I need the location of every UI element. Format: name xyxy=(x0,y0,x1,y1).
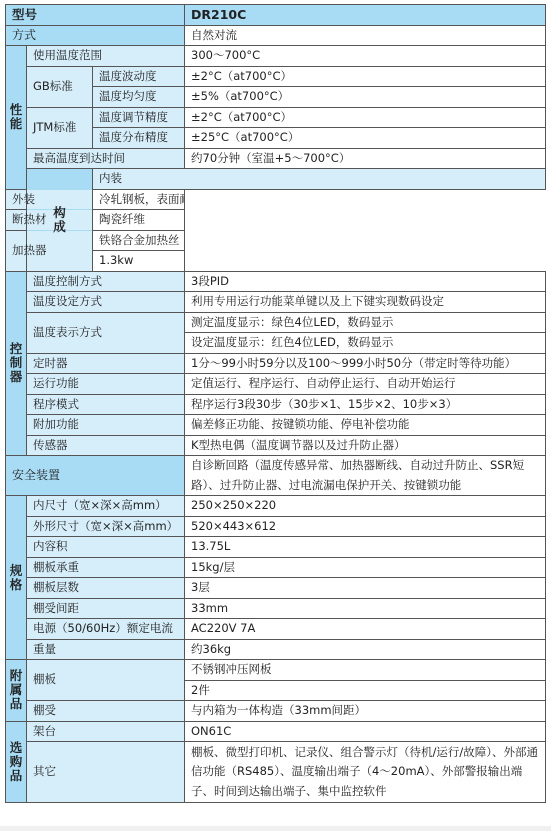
row-label: 棚板层数 xyxy=(27,578,185,599)
method-label: 方式 xyxy=(6,25,185,46)
safety-value: 自诊断回路（温度传感异常、加热器断线、自动过升防止、SSR短路）、过升防止器、过… xyxy=(185,456,546,496)
row-value: 程序运行3段30步（30步×1、15步×2、10步×3） xyxy=(185,394,546,415)
table-row: 传感器 K型热电偶（温度调节器以及过升防止器） xyxy=(6,435,546,456)
table-row: 棚受间距 33mm xyxy=(6,598,546,619)
spec-table: 型号 DR210C 方式 自然对流 性能 使用温度范围 300～700°C GB… xyxy=(5,4,546,803)
row-label: 其它 xyxy=(27,742,185,803)
row-value: ±2°C（at700°C） xyxy=(185,66,546,87)
table-row: JTM标准 温度调节精度 ±2°C（at700°C） xyxy=(6,107,546,128)
row-label: 内容积 xyxy=(27,537,185,558)
row-value: ON61C xyxy=(185,721,546,742)
method-value: 自然对流 xyxy=(185,25,546,46)
row-value: 15kg/层 xyxy=(185,557,546,578)
row-value: 测定温度显示：绿色4位LED，数码显示 xyxy=(185,312,546,333)
row-value: 2件 xyxy=(185,680,546,701)
row-value: 3段PID xyxy=(185,271,546,292)
table-row: 最高温度到达时间 约70分钟（室温+5～700°C） xyxy=(6,148,546,169)
row-label: 外装 xyxy=(6,189,93,210)
row-label: 程序模式 xyxy=(27,394,185,415)
table-row: 其它 棚板、微型打印机、记录仪、组合警示灯（待机/运行/故障）、外部通信功能（R… xyxy=(6,742,546,803)
row-label: 棚受 xyxy=(27,701,185,722)
table-row: 附属品 棚板 不锈钢冲压网板 xyxy=(6,660,546,681)
table-row-model: 型号 DR210C xyxy=(6,5,546,26)
row-label: 重量 xyxy=(27,639,185,660)
group-options: 选购品 xyxy=(6,721,27,803)
row-label: 断热材 xyxy=(6,210,93,231)
row-value: 约70分钟（室温+5～700°C） xyxy=(185,148,546,169)
row-label: 定时器 xyxy=(27,353,185,374)
table-row: 规格 内尺寸（宽×深×高mm） 250×250×220 xyxy=(6,496,546,517)
row-label: 温度调节精度 xyxy=(93,107,185,128)
row-value: 520×443×612 xyxy=(185,516,546,537)
row-value: 铁铬合金加热丝 xyxy=(93,230,185,251)
model-label: 型号 xyxy=(6,5,185,26)
table-row: 温度设定方式 利用专用运行功能菜单键以及上下键实现数码设定 xyxy=(6,292,546,313)
table-row: 附加功能 偏差修正功能、按键锁功能、停电补偿功能 xyxy=(6,415,546,436)
row-label: 使用温度范围 xyxy=(27,46,185,67)
table-row: 外装 冷轧钢板，表面耐药品性涂装 xyxy=(6,189,546,210)
row-value: ±2°C（at700°C） xyxy=(185,107,546,128)
group-accessories: 附属品 xyxy=(6,660,27,722)
subgroup-gb: GB标准 xyxy=(27,66,93,107)
row-value: 不锈钢冲压网板 xyxy=(185,660,546,681)
table-row-safety: 安全装置 自诊断回路（温度传感异常、加热器断线、自动过升防止、SSR短路）、过升… xyxy=(6,456,546,496)
row-value: 棚板、微型打印机、记录仪、组合警示灯（待机/运行/故障）、外部通信功能（RS48… xyxy=(185,742,546,803)
table-row: 定时器 1分～99小时59分以及100～999小时50分（带定时等待功能） xyxy=(6,353,546,374)
row-value: K型热电偶（温度调节器以及过升防止器） xyxy=(185,435,546,456)
row-value: 3层 xyxy=(185,578,546,599)
row-value: 设定温度显示：红色4位LED，数码显示 xyxy=(185,333,546,354)
group-performance: 性能 xyxy=(6,46,27,190)
row-label: 温度分布精度 xyxy=(93,128,185,149)
group-specs: 规格 xyxy=(6,496,27,660)
table-row: 控制器 温度控制方式 3段PID xyxy=(6,271,546,292)
table-row: 加热器 铁铬合金加热丝 xyxy=(6,230,546,251)
subgroup-jtm: JTM标准 xyxy=(27,107,93,148)
table-row: 外形尺寸（宽×深×高mm） 520×443×612 xyxy=(6,516,546,537)
row-label: 温度设定方式 xyxy=(27,292,185,313)
table-row: 温度表示方式 测定温度显示：绿色4位LED，数码显示 xyxy=(6,312,546,333)
model-value: DR210C xyxy=(185,5,546,26)
row-label: 运行功能 xyxy=(27,374,185,395)
table-row: 构成 内装 不锈钢板 xyxy=(6,169,546,190)
row-value: 冷轧钢板，表面耐药品性涂装 xyxy=(93,189,185,210)
table-row: 电源（50/60Hz）额定电流 AC220V 7A xyxy=(6,619,546,640)
row-label: 加热器 xyxy=(6,230,93,271)
row-label: 外形尺寸（宽×深×高mm） xyxy=(27,516,185,537)
row-value: 1.3kw xyxy=(93,251,185,272)
row-value: AC220V 7A xyxy=(185,619,546,640)
row-label: 温度表示方式 xyxy=(27,312,185,353)
row-value: 定值运行、程序运行、自动停止运行、自动开始运行 xyxy=(185,374,546,395)
row-value: 13.75L xyxy=(185,537,546,558)
table-row: 棚受 与内箱为一体构造（33mm间距） xyxy=(6,701,546,722)
row-label: 最高温度到达时间 xyxy=(27,148,185,169)
row-label: 棚板 xyxy=(27,660,185,701)
row-label: 内装 xyxy=(93,169,546,190)
row-label: 温度控制方式 xyxy=(27,271,185,292)
row-label: 架台 xyxy=(27,721,185,742)
row-label: 电源（50/60Hz）额定电流 xyxy=(27,619,185,640)
row-value: ±5%（at700°C） xyxy=(185,87,546,108)
row-label: 内尺寸（宽×深×高mm） xyxy=(27,496,185,517)
row-value: 300～700°C xyxy=(185,46,546,67)
row-value: 偏差修正功能、按键锁功能、停电补偿功能 xyxy=(185,415,546,436)
row-value: 250×250×220 xyxy=(185,496,546,517)
row-value: 与内箱为一体构造（33mm间距） xyxy=(185,701,546,722)
table-row: GB标准 温度波动度 ±2°C（at700°C） xyxy=(6,66,546,87)
group-controller: 控制器 xyxy=(6,271,27,456)
table-row: 程序模式 程序运行3段30步（30步×1、15步×2、10步×3） xyxy=(6,394,546,415)
row-label: 温度均匀度 xyxy=(93,87,185,108)
row-label: 棚板承重 xyxy=(27,557,185,578)
row-label: 附加功能 xyxy=(27,415,185,436)
table-row: 运行功能 定值运行、程序运行、自动停止运行、自动开始运行 xyxy=(6,374,546,395)
row-value: 利用专用运行功能菜单键以及上下键实现数码设定 xyxy=(185,292,546,313)
row-label: 传感器 xyxy=(27,435,185,456)
table-row: 选购品 架台 ON61C xyxy=(6,721,546,742)
table-row: 断热材 陶瓷纤维 xyxy=(6,210,546,231)
row-value: 33mm xyxy=(185,598,546,619)
table-row: 性能 使用温度范围 300～700°C xyxy=(6,46,546,67)
row-value: 约36kg xyxy=(185,639,546,660)
table-row: 内容积 13.75L xyxy=(6,537,546,558)
table-row: 棚板层数 3层 xyxy=(6,578,546,599)
table-row: 重量 约36kg xyxy=(6,639,546,660)
safety-label: 安全装置 xyxy=(6,456,185,496)
row-value: 陶瓷纤维 xyxy=(93,210,185,231)
row-value: ±25°C（at700°C） xyxy=(185,128,546,149)
row-value: 1分～99小时59分以及100～999小时50分（带定时等待功能） xyxy=(185,353,546,374)
table-row-method: 方式 自然对流 xyxy=(6,25,546,46)
row-label: 温度波动度 xyxy=(93,66,185,87)
row-label: 棚受间距 xyxy=(27,598,185,619)
table-row: 棚板承重 15kg/层 xyxy=(6,557,546,578)
